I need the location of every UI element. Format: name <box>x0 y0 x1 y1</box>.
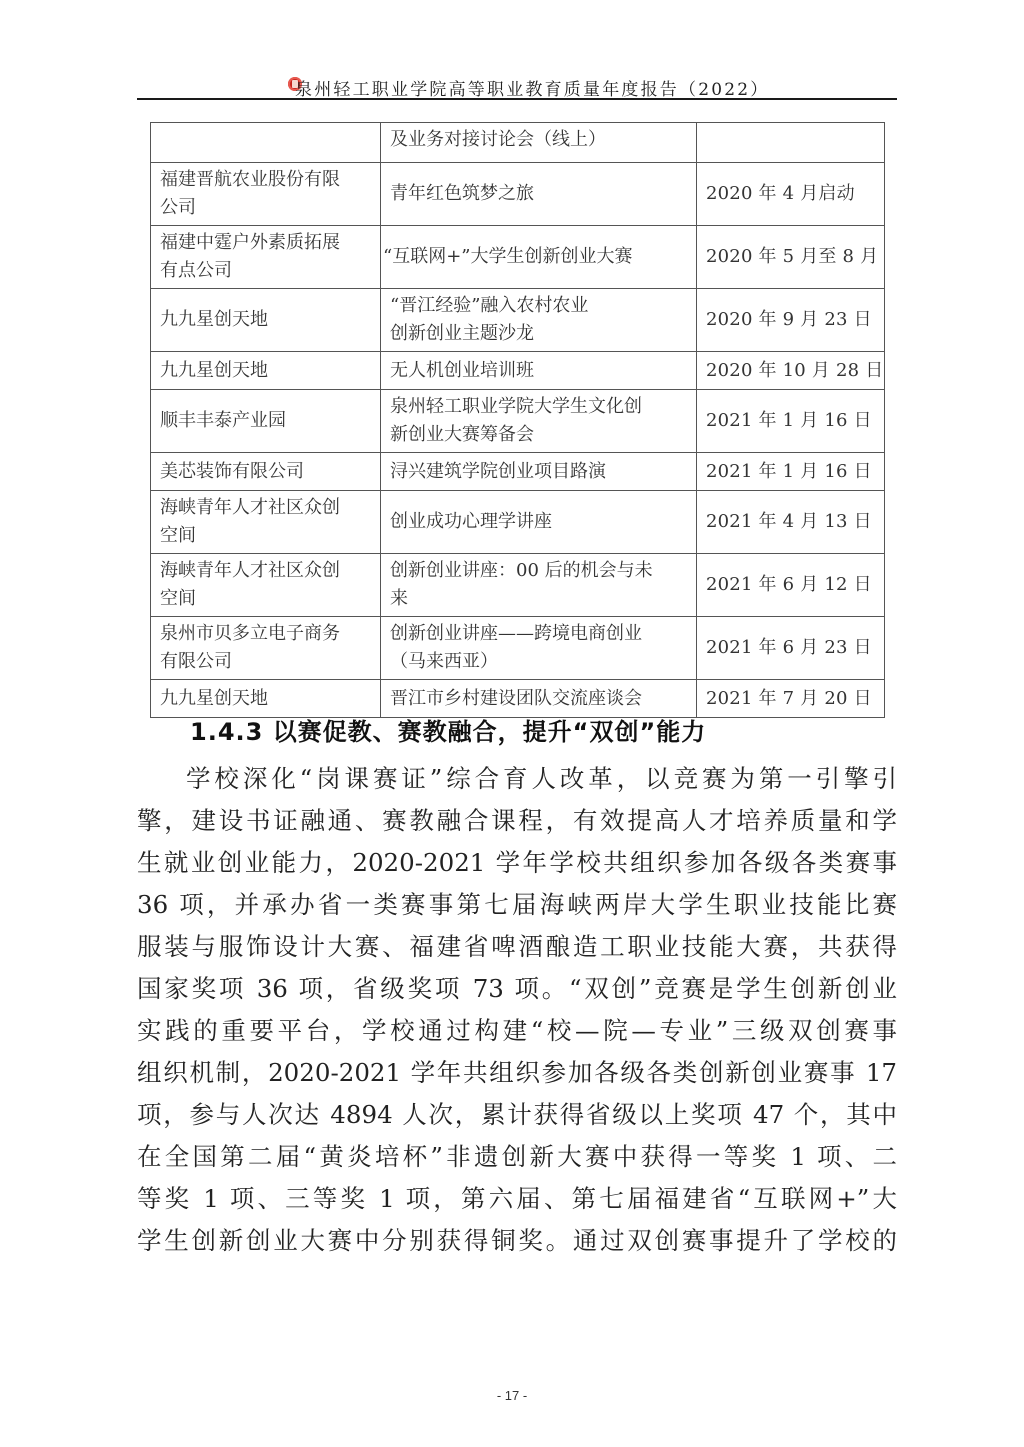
event-cell: 浔兴建筑学院创业项目路演 <box>381 453 697 491</box>
date-cell: 2021 年 7 月 20 日 <box>697 680 885 718</box>
body-paragraph: 学校深化“岗课赛证”综合育人改革，以竞赛为第一引擎引 擎，建设书证融通、赛教融合… <box>137 758 897 1262</box>
table-row: 海峡青年人才社区众创 空间 创新创业讲座：00 后的机会与未 来 2021 年 … <box>151 554 885 617</box>
table-row: 及业务对接讨论会（线上） <box>151 123 885 163</box>
paragraph-line: 组织机制，2020-2021 学年共组织参加各级各类创新创业赛事 17 <box>137 1052 897 1094</box>
paragraph-line: 擎，建设书证融通、赛教融合课程，有效提高人才培养质量和学 <box>137 800 897 842</box>
date-cell: 2020 年 9 月 23 日 <box>697 289 885 352</box>
paragraph-line: 在全国第二届“黄炎培杯”非遗创新大赛中获得一等奖 1 项、二 <box>137 1136 897 1178</box>
table-row: 九九星创天地 无人机创业培训班 2020 年 10 月 28 日 <box>151 352 885 390</box>
table-row: 美芯装饰有限公司 浔兴建筑学院创业项目路演 2021 年 1 月 16 日 <box>151 453 885 491</box>
org-cell: 海峡青年人才社区众创 空间 <box>151 491 381 554</box>
paragraph-line: 国家奖项 36 项，省级奖项 73 项。“双创”竞赛是学生创新创业 <box>137 968 897 1010</box>
table-row: 顺丰丰泰产业园 泉州轻工职业学院大学生文化创 新创业大赛筹备会 2021 年 1… <box>151 390 885 453</box>
paragraph-line: 36 项，并承办省一类赛事第七届海峡两岸大学生职业技能比赛 <box>137 884 897 926</box>
paragraph-line: 等奖 1 项、三等奖 1 项，第六届、第七届福建省“互联网+”大 <box>137 1178 897 1220</box>
table-row: 福建晋航农业股份有限 公司 青年红色筑梦之旅 2020 年 4 月启动 <box>151 163 885 226</box>
org-cell: 泉州市贝多立电子商务 有限公司 <box>151 617 381 680</box>
org-cell: 顺丰丰泰产业园 <box>151 390 381 453</box>
paragraph-line: 学校深化“岗课赛证”综合育人改革，以竞赛为第一引擎引 <box>137 758 897 800</box>
paragraph-line: 学生创新创业大赛中分别获得铜奖。通过双创赛事提升了学校的 <box>137 1220 897 1262</box>
date-cell: 2020 年 5 月至 8 月 <box>697 226 885 289</box>
date-cell: 2021 年 1 月 16 日 <box>697 453 885 491</box>
org-cell: 美芯装饰有限公司 <box>151 453 381 491</box>
paragraph-line: 实践的重要平台，学校通过构建“校—院—专业”三级双创赛事 <box>137 1010 897 1052</box>
date-cell: 2021 年 4 月 13 日 <box>697 491 885 554</box>
date-cell <box>697 123 885 163</box>
section-heading: 1.4.3 以赛促教、赛教融合，提升“双创”能力 <box>190 712 706 747</box>
paragraph-line: 生就业创业能力，2020-2021 学年学校共组织参加各级各类赛事 <box>137 842 897 884</box>
page-header: 泉州轻工职业学院高等职业教育质量年度报告（2022） <box>137 72 897 100</box>
paragraph-line: 项，参与人次达 4894 人次，累计获得省级以上奖项 47 个，其中 <box>137 1094 897 1136</box>
event-cell: “互联网+”大学生创新创业大赛 <box>381 226 697 289</box>
event-cell: 泉州轻工职业学院大学生文化创 新创业大赛筹备会 <box>381 390 697 453</box>
event-cell: 青年红色筑梦之旅 <box>381 163 697 226</box>
org-cell: 九九星创天地 <box>151 289 381 352</box>
report-title: 泉州轻工职业学院高等职业教育质量年度报告（2022） <box>295 75 769 100</box>
event-cell: 创新创业讲座——跨境电商创业 （马来西亚） <box>381 617 697 680</box>
date-cell: 2020 年 4 月启动 <box>697 163 885 226</box>
table-row: 海峡青年人才社区众创 空间 创业成功心理学讲座 2021 年 4 月 13 日 <box>151 491 885 554</box>
org-cell: 九九星创天地 <box>151 352 381 390</box>
org-cell: 福建中霆户外素质拓展 有点公司 <box>151 226 381 289</box>
paragraph-line: 服装与服饰设计大赛、福建省啤酒酿造工职业技能大赛，共获得 <box>137 926 897 968</box>
event-cell: 及业务对接讨论会（线上） <box>381 123 697 163</box>
date-cell: 2021 年 6 月 12 日 <box>697 554 885 617</box>
header-divider <box>137 98 897 100</box>
events-table: 及业务对接讨论会（线上） 福建晋航农业股份有限 公司 青年红色筑梦之旅 2020… <box>150 122 885 718</box>
event-cell: “晋江经验”融入农村农业 创新创业主题沙龙 <box>381 289 697 352</box>
org-cell: 福建晋航农业股份有限 公司 <box>151 163 381 226</box>
org-cell <box>151 123 381 163</box>
org-cell: 海峡青年人才社区众创 空间 <box>151 554 381 617</box>
table-row: 福建中霆户外素质拓展 有点公司 “互联网+”大学生创新创业大赛 2020 年 5… <box>151 226 885 289</box>
event-cell: 无人机创业培训班 <box>381 352 697 390</box>
date-cell: 2021 年 6 月 23 日 <box>697 617 885 680</box>
date-cell: 2021 年 1 月 16 日 <box>697 390 885 453</box>
table-row: 泉州市贝多立电子商务 有限公司 创新创业讲座——跨境电商创业 （马来西亚） 20… <box>151 617 885 680</box>
date-cell: 2020 年 10 月 28 日 <box>697 352 885 390</box>
event-cell: 创新创业讲座：00 后的机会与未 来 <box>381 554 697 617</box>
table-row: 九九星创天地 “晋江经验”融入农村农业 创新创业主题沙龙 2020 年 9 月 … <box>151 289 885 352</box>
page-number: - 17 - <box>0 1388 1024 1403</box>
event-cell: 创业成功心理学讲座 <box>381 491 697 554</box>
